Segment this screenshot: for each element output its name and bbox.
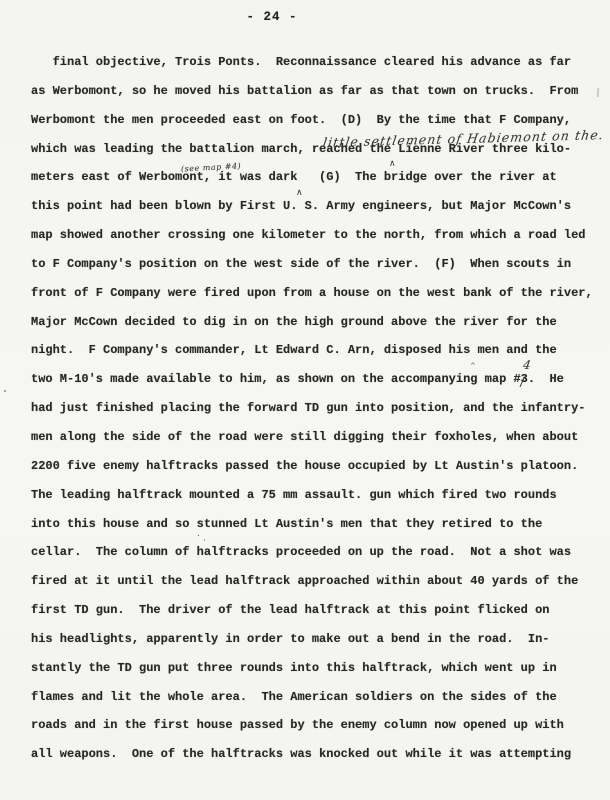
- scan-speck: [4, 390, 6, 392]
- text-line: which was leading the battalion march, r…: [31, 142, 609, 171]
- text-line: had just finished placing the forward TD…: [31, 401, 609, 430]
- text-line: map showed another crossing one kilomete…: [31, 228, 609, 257]
- document-page: { "page": { "number_label": "- 24 -", "b…: [0, 0, 610, 800]
- stray-pencil-mark: .: [197, 530, 200, 539]
- text-line: The leading halftrack mounted a 75 mm as…: [31, 488, 609, 517]
- see-map-caret-mark: ∧: [296, 189, 303, 198]
- text-line: to F Company's position on the west side…: [31, 257, 609, 286]
- text-line: flames and lit the whole area. The Ameri…: [31, 690, 609, 719]
- text-line: stantly the TD gun put three rounds into…: [31, 661, 609, 690]
- page-number: - 24 -: [212, 10, 332, 24]
- text-line: Major McCown decided to dig in on the hi…: [31, 315, 609, 344]
- text-line: this point had been blown by First U. S.…: [31, 199, 609, 228]
- stray-pencil-mark: ^: [470, 363, 476, 370]
- text-line: cellar. The column of halftracks proceed…: [31, 545, 609, 574]
- text-line: into this house and so stunned Lt Austin…: [31, 517, 609, 546]
- text-line: roads and in the first house passed by t…: [31, 718, 609, 747]
- text-line: men along the side of the road were stil…: [31, 430, 609, 459]
- text-line: his headlights, apparently in order to m…: [31, 632, 609, 661]
- stray-pencil-mark: ·: [203, 537, 206, 546]
- text-line: all weapons. One of the halftracks was k…: [31, 747, 609, 776]
- text-line: meters east of Werbomont, it was dark (G…: [31, 170, 609, 199]
- text-line: front of F Company were fired upon from …: [31, 286, 609, 315]
- handwritten-map-number-correction: 4: [522, 358, 532, 372]
- text-line: fired at it until the lead halftrack app…: [31, 574, 609, 603]
- text-line: as Werbomont, so he moved his battalion …: [31, 84, 609, 113]
- body-text: final objective, Trois Ponts. Reconnaiss…: [31, 55, 609, 776]
- insertion-caret-mark: ∧: [389, 160, 396, 169]
- text-line: first TD gun. The driver of the lead hal…: [31, 603, 609, 632]
- text-line: 2200 five enemy halftracks passed the ho…: [31, 459, 609, 488]
- text-line: final objective, Trois Ponts. Reconnaiss…: [31, 55, 609, 84]
